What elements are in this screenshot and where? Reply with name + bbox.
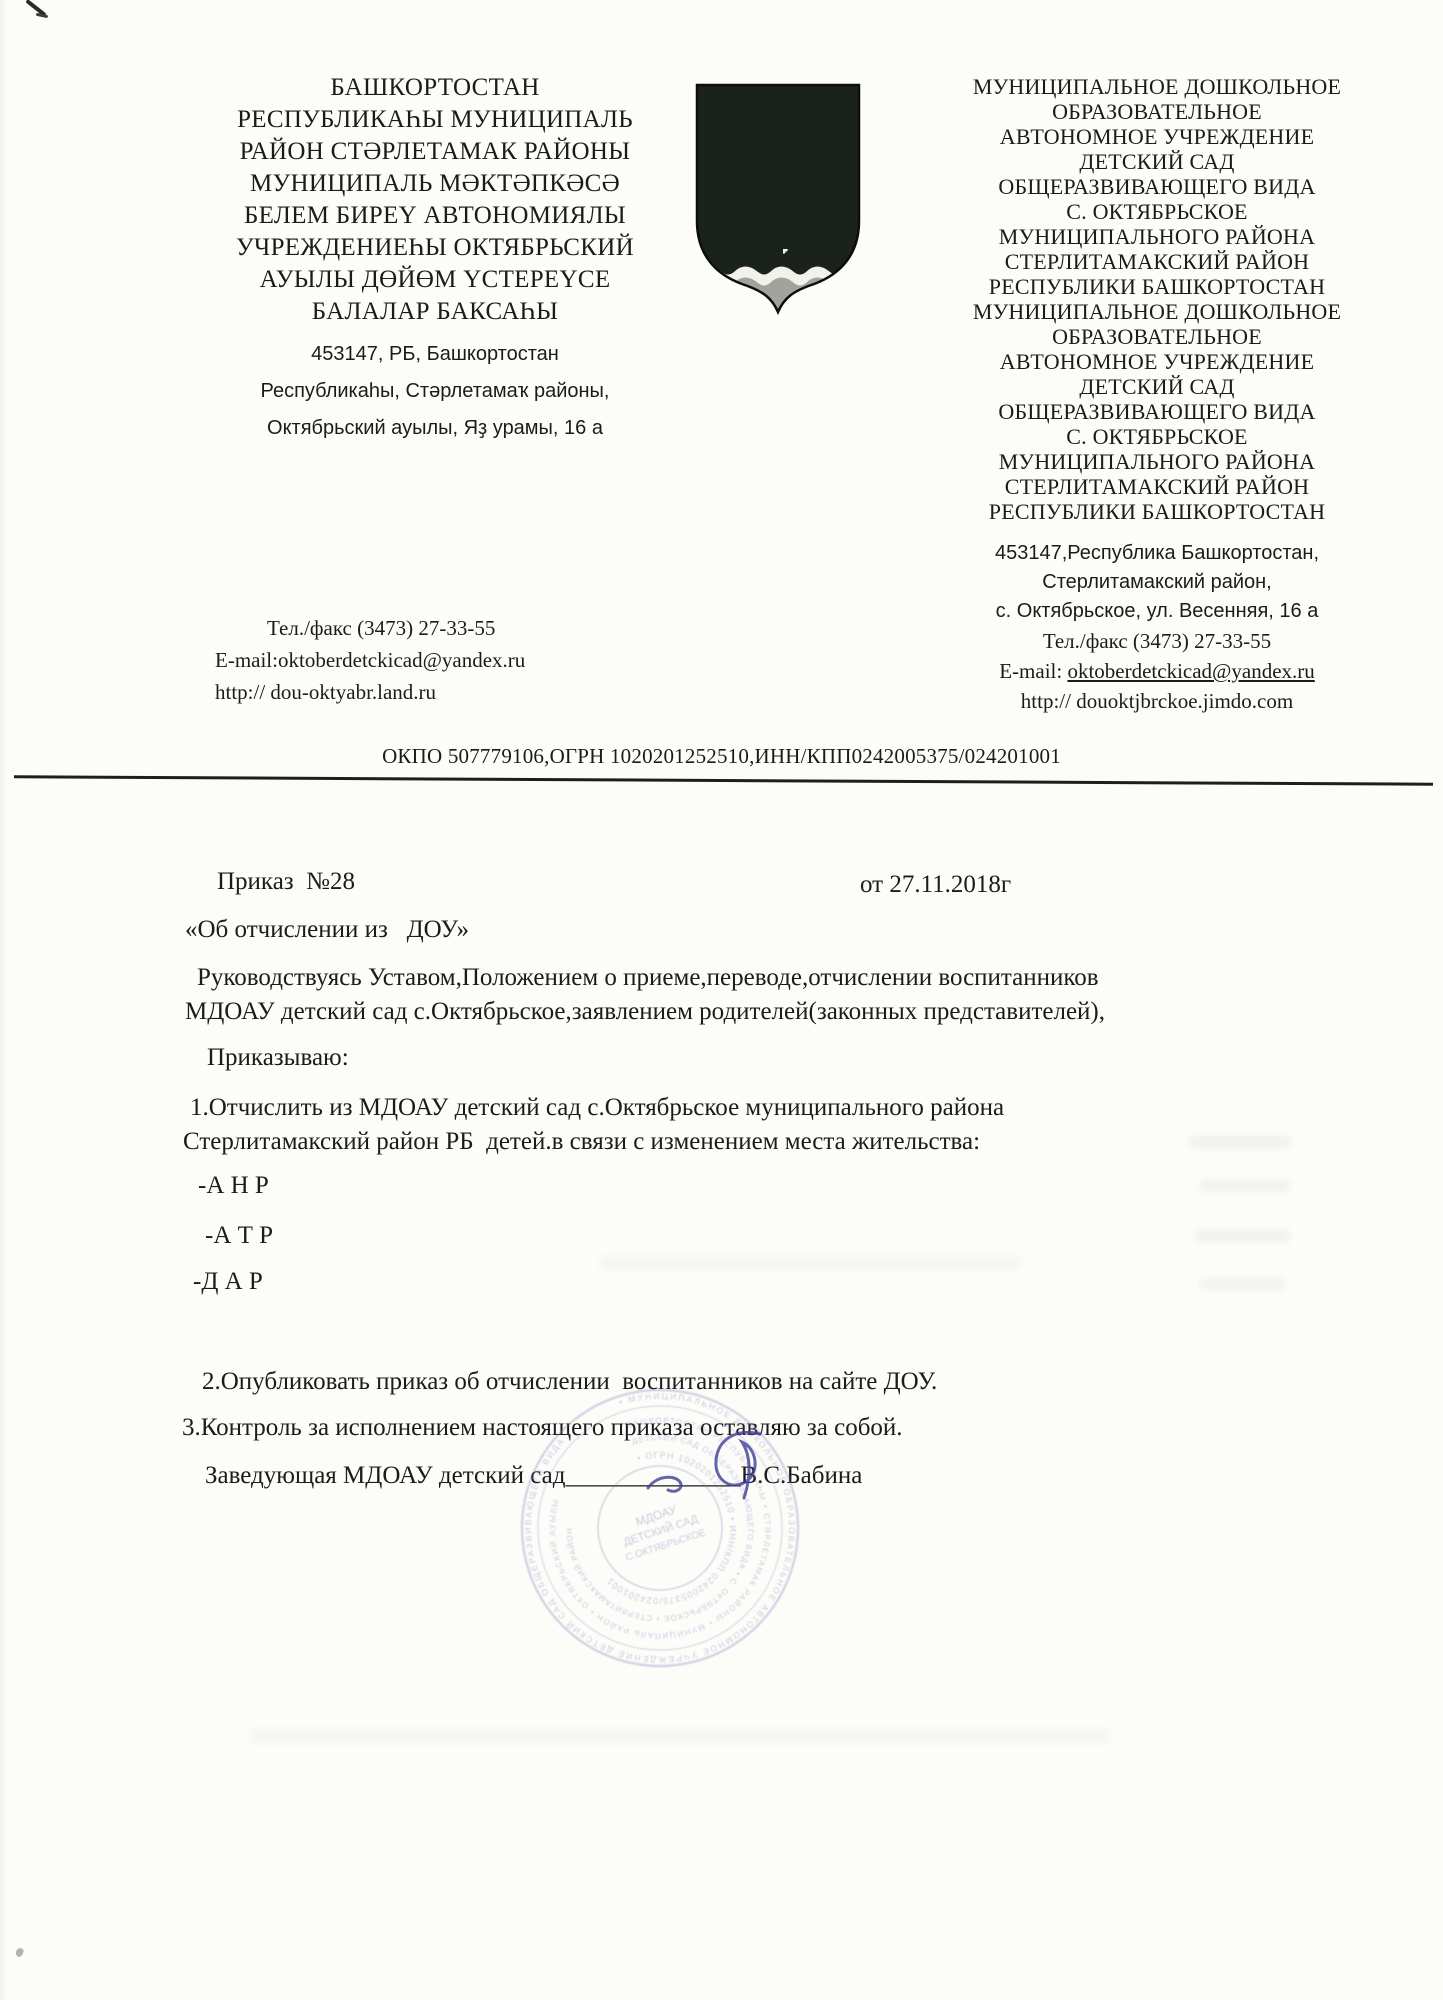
org-name-line: МУНИЦИПАЛЬНОГО РАЙОНА (933, 449, 1381, 474)
org-name-line: РАЙОН СТӘРЛЕТАМАК РАЙОНЫ (200, 136, 670, 168)
signature-stroke (716, 1432, 760, 1498)
scan-artifact-dot (15, 1947, 24, 1958)
org-name-line: С. ОКТЯБРЬСКОЕ (933, 424, 1381, 449)
org-name-line: ДЕТСКИЙ САД (933, 149, 1381, 174)
org-name-line: МУНИЦИПАЛЬ МӘКТӘПКӘСӘ (200, 168, 670, 200)
item1-line: Стерлитамакский район РБ детей.в связи с… (183, 1128, 980, 1156)
signature-stroke (648, 1477, 681, 1491)
scanned-order-document: БАШКОРТОСТАН РЕСПУБЛИКАҺЫ МУНИЦИПАЛЬ РАЙ… (0, 0, 1443, 2000)
address-line: с. Октябрьское, ул. Весенняя, 16 а (933, 597, 1381, 626)
website-url: http:// dou-oktyabr.land.ru (215, 676, 525, 708)
address-line: 453147, РБ, Башкортостан (200, 336, 670, 373)
org-name-line: АВТОНОМНОЕ УЧРЕЖДЕНИЕ (933, 124, 1381, 149)
letterhead-left-bashkir: БАШКОРТОСТАН РЕСПУБЛИКАҺЫ МУНИЦИПАЛЬ РАЙ… (200, 72, 670, 447)
org-name-line: ОБЩЕРАЗВИВАЮЩЕГО ВИДА (933, 174, 1381, 199)
phone-number: Тел./факс (3473) 27-33-55 (215, 612, 525, 644)
org-name-line: БАШКОРТОСТАН (200, 72, 670, 104)
order-subject: «Об отчислении из ДОУ» (185, 916, 469, 944)
preamble-line: МДОАУ детский сад с.Октябрьское,заявлени… (185, 998, 1105, 1026)
org-name-line: МУНИЦИПАЛЬНОЕ ДОШКОЛЬНОЕ (933, 299, 1381, 324)
requisites-line: ОКПО 507779106,ОГРН 1020201252510,ИНН/КП… (0, 744, 1443, 769)
scan-smudge (1200, 1278, 1285, 1290)
scan-smudge (1190, 1135, 1290, 1149)
org-name-line: ДЕТСКИЙ САД (933, 374, 1381, 399)
org-name-line: ОБРАЗОВАТЕЛЬНОЕ (933, 324, 1381, 349)
scan-smudge (600, 1256, 1020, 1270)
divider-line (14, 775, 1433, 785)
org-name-line: УЧРЕЖДЕНИЕҺЫ ОКТЯБРЬСКИЙ (200, 232, 670, 264)
org-name-line: АВТОНОМНОЕ УЧРЕЖДЕНИЕ (933, 349, 1381, 374)
scan-smudge (250, 1728, 1110, 1744)
org-name-line: РЕСПУБЛИКИ БАШКОРТОСТАН (933, 499, 1381, 524)
org-name-line: ОБРАЗОВАТЕЛЬНОЕ (933, 99, 1381, 124)
email-address: E-mail:oktoberdetckicad@yandex.ru (215, 644, 525, 676)
org-name-line: СТЕРЛИТАМАКСКИЙ РАЙОН (933, 474, 1381, 499)
address-line: Октябрьский ауылы, Яҙ урамы, 16 а (200, 410, 670, 447)
official-stamp: • МУНИЦИПАЛЬНОЕ ДОШКОЛЬНОЕ ОБРАЗОВАТЕЛЬН… (505, 1373, 815, 1683)
website-url: http:// douoktjbrckoe.jimdo.com (933, 686, 1381, 716)
email-label: E-mail: (999, 659, 1067, 683)
order-number: Приказ №28 (217, 868, 355, 896)
address-line: Республикаһы, Стәрлетамаҡ районы, (200, 373, 670, 410)
preamble-line: Руководствуясь Уставом,Положением о прие… (197, 964, 1099, 992)
email-link-text: oktoberdetckicad@yandex.ru (1067, 659, 1314, 683)
org-name-line: БЕЛЕМ БИРЕҮ АВТОНОМИЯЛЫ (200, 200, 670, 232)
address-line: 453147,Республика Башкортостан, (933, 539, 1381, 568)
item1-line: 1.Отчислить из МДОАУ детский сад с.Октяб… (190, 1094, 1004, 1122)
handwritten-signature (640, 1426, 820, 1526)
child-initials: -А Н Р (198, 1172, 269, 1200)
org-name-line: РЕСПУБЛИКАҺЫ МУНИЦИПАЛЬ (200, 104, 670, 136)
child-initials: -А Т Р (205, 1222, 273, 1250)
letterhead-right-russian: МУНИЦИПАЛЬНОЕ ДОШКОЛЬНОЕ ОБРАЗОВАТЕЛЬНОЕ… (933, 74, 1381, 716)
org-name-line: ОБЩЕРАЗВИВАЮЩЕГО ВИДА (933, 399, 1381, 424)
command-word: Приказываю: (207, 1044, 349, 1072)
letterhead-left-contacts: Тел./факс (3473) 27-33-55 E-mail:oktober… (215, 612, 525, 708)
order-date: от 27.11.2018г (860, 871, 1011, 899)
address-line: Стерлитамакский район, (933, 568, 1381, 597)
org-name-line: МУНИЦИПАЛЬНОЕ ДОШКОЛЬНОЕ (933, 74, 1381, 99)
coat-of-arms-icon (692, 80, 864, 316)
phone-number: Тел./факс (3473) 27-33-55 (933, 626, 1381, 656)
org-name-line: С. ОКТЯБРЬСКОЕ (933, 199, 1381, 224)
org-name-line: СТЕРЛИТАМАКСКИЙ РАЙОН (933, 249, 1381, 274)
org-name-line: БАЛАЛАР БАКСАҺЫ (200, 296, 670, 328)
org-name-line: АУЫЛЫ ДӨЙӨМ ҮСТЕРЕҮСЕ (200, 264, 670, 296)
scan-smudge (1200, 1180, 1290, 1192)
email-address: E-mail: oktoberdetckicad@yandex.ru (933, 656, 1381, 686)
scan-smudge (1195, 1230, 1290, 1242)
child-initials: -Д А Р (193, 1268, 263, 1296)
org-name-line: РЕСПУБЛИКИ БАШКОРТОСТАН (933, 274, 1381, 299)
org-name-line: МУНИЦИПАЛЬНОГО РАЙОНА (933, 224, 1381, 249)
